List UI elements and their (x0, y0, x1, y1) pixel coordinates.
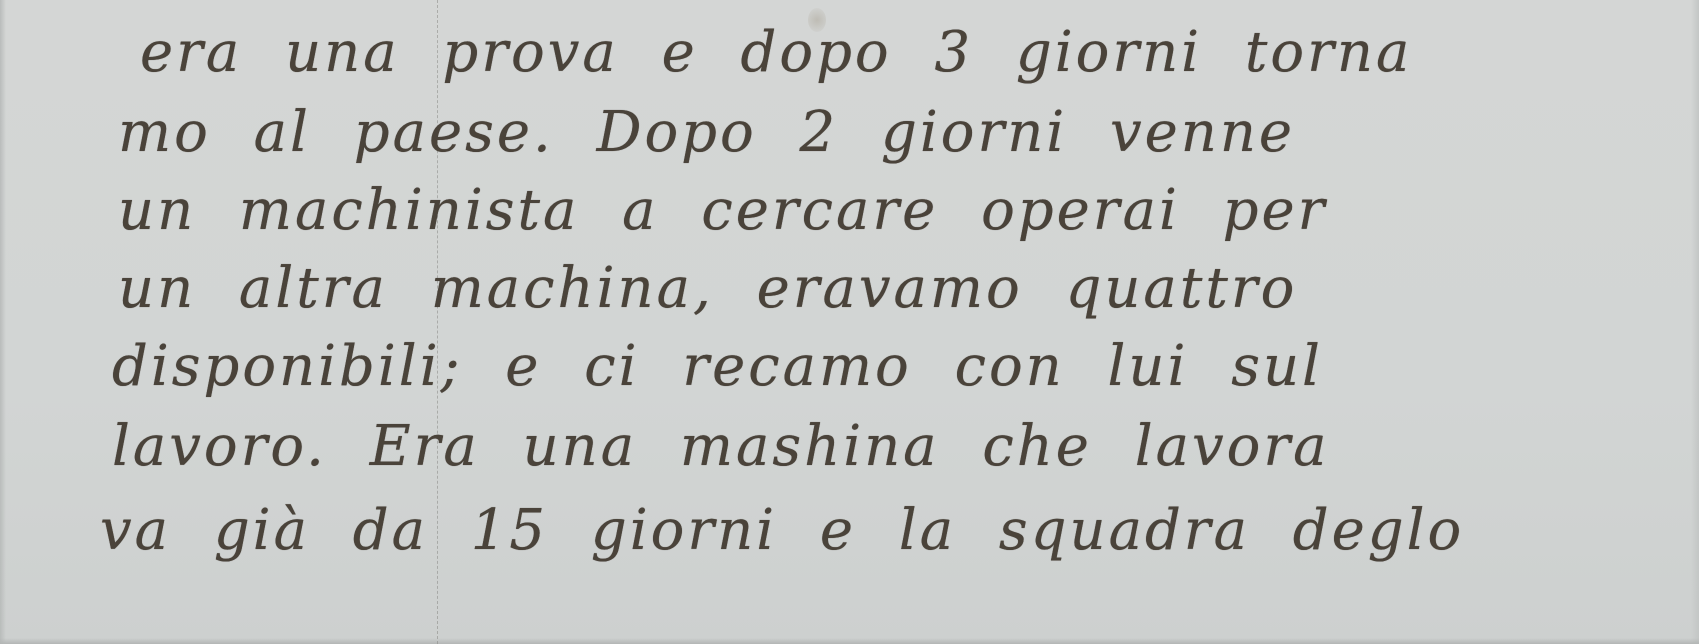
page-left-edge (0, 0, 6, 644)
handwritten-line-5: disponibili; e ci recamo con lui sul (112, 334, 1323, 399)
handwritten-line-3: un machinista a cercare operai per (118, 178, 1327, 243)
handwritten-line-7: va già da 15 giorni e la squadra deglo (100, 498, 1464, 563)
handwritten-line-2: mo al paese. Dopo 2 giorni venne (118, 100, 1295, 165)
page-right-edge (1691, 0, 1699, 644)
handwritten-line-1: era una prova e dopo 3 giorni torna (140, 20, 1412, 85)
handwritten-line-6: lavoro. Era una mashina che lavora (112, 414, 1330, 479)
scanned-handwritten-page: era una prova e dopo 3 giorni torna mo a… (0, 0, 1699, 644)
page-bottom-edge (0, 638, 1699, 644)
handwritten-line-4: un altra machina, eravamo quattro (118, 256, 1297, 321)
